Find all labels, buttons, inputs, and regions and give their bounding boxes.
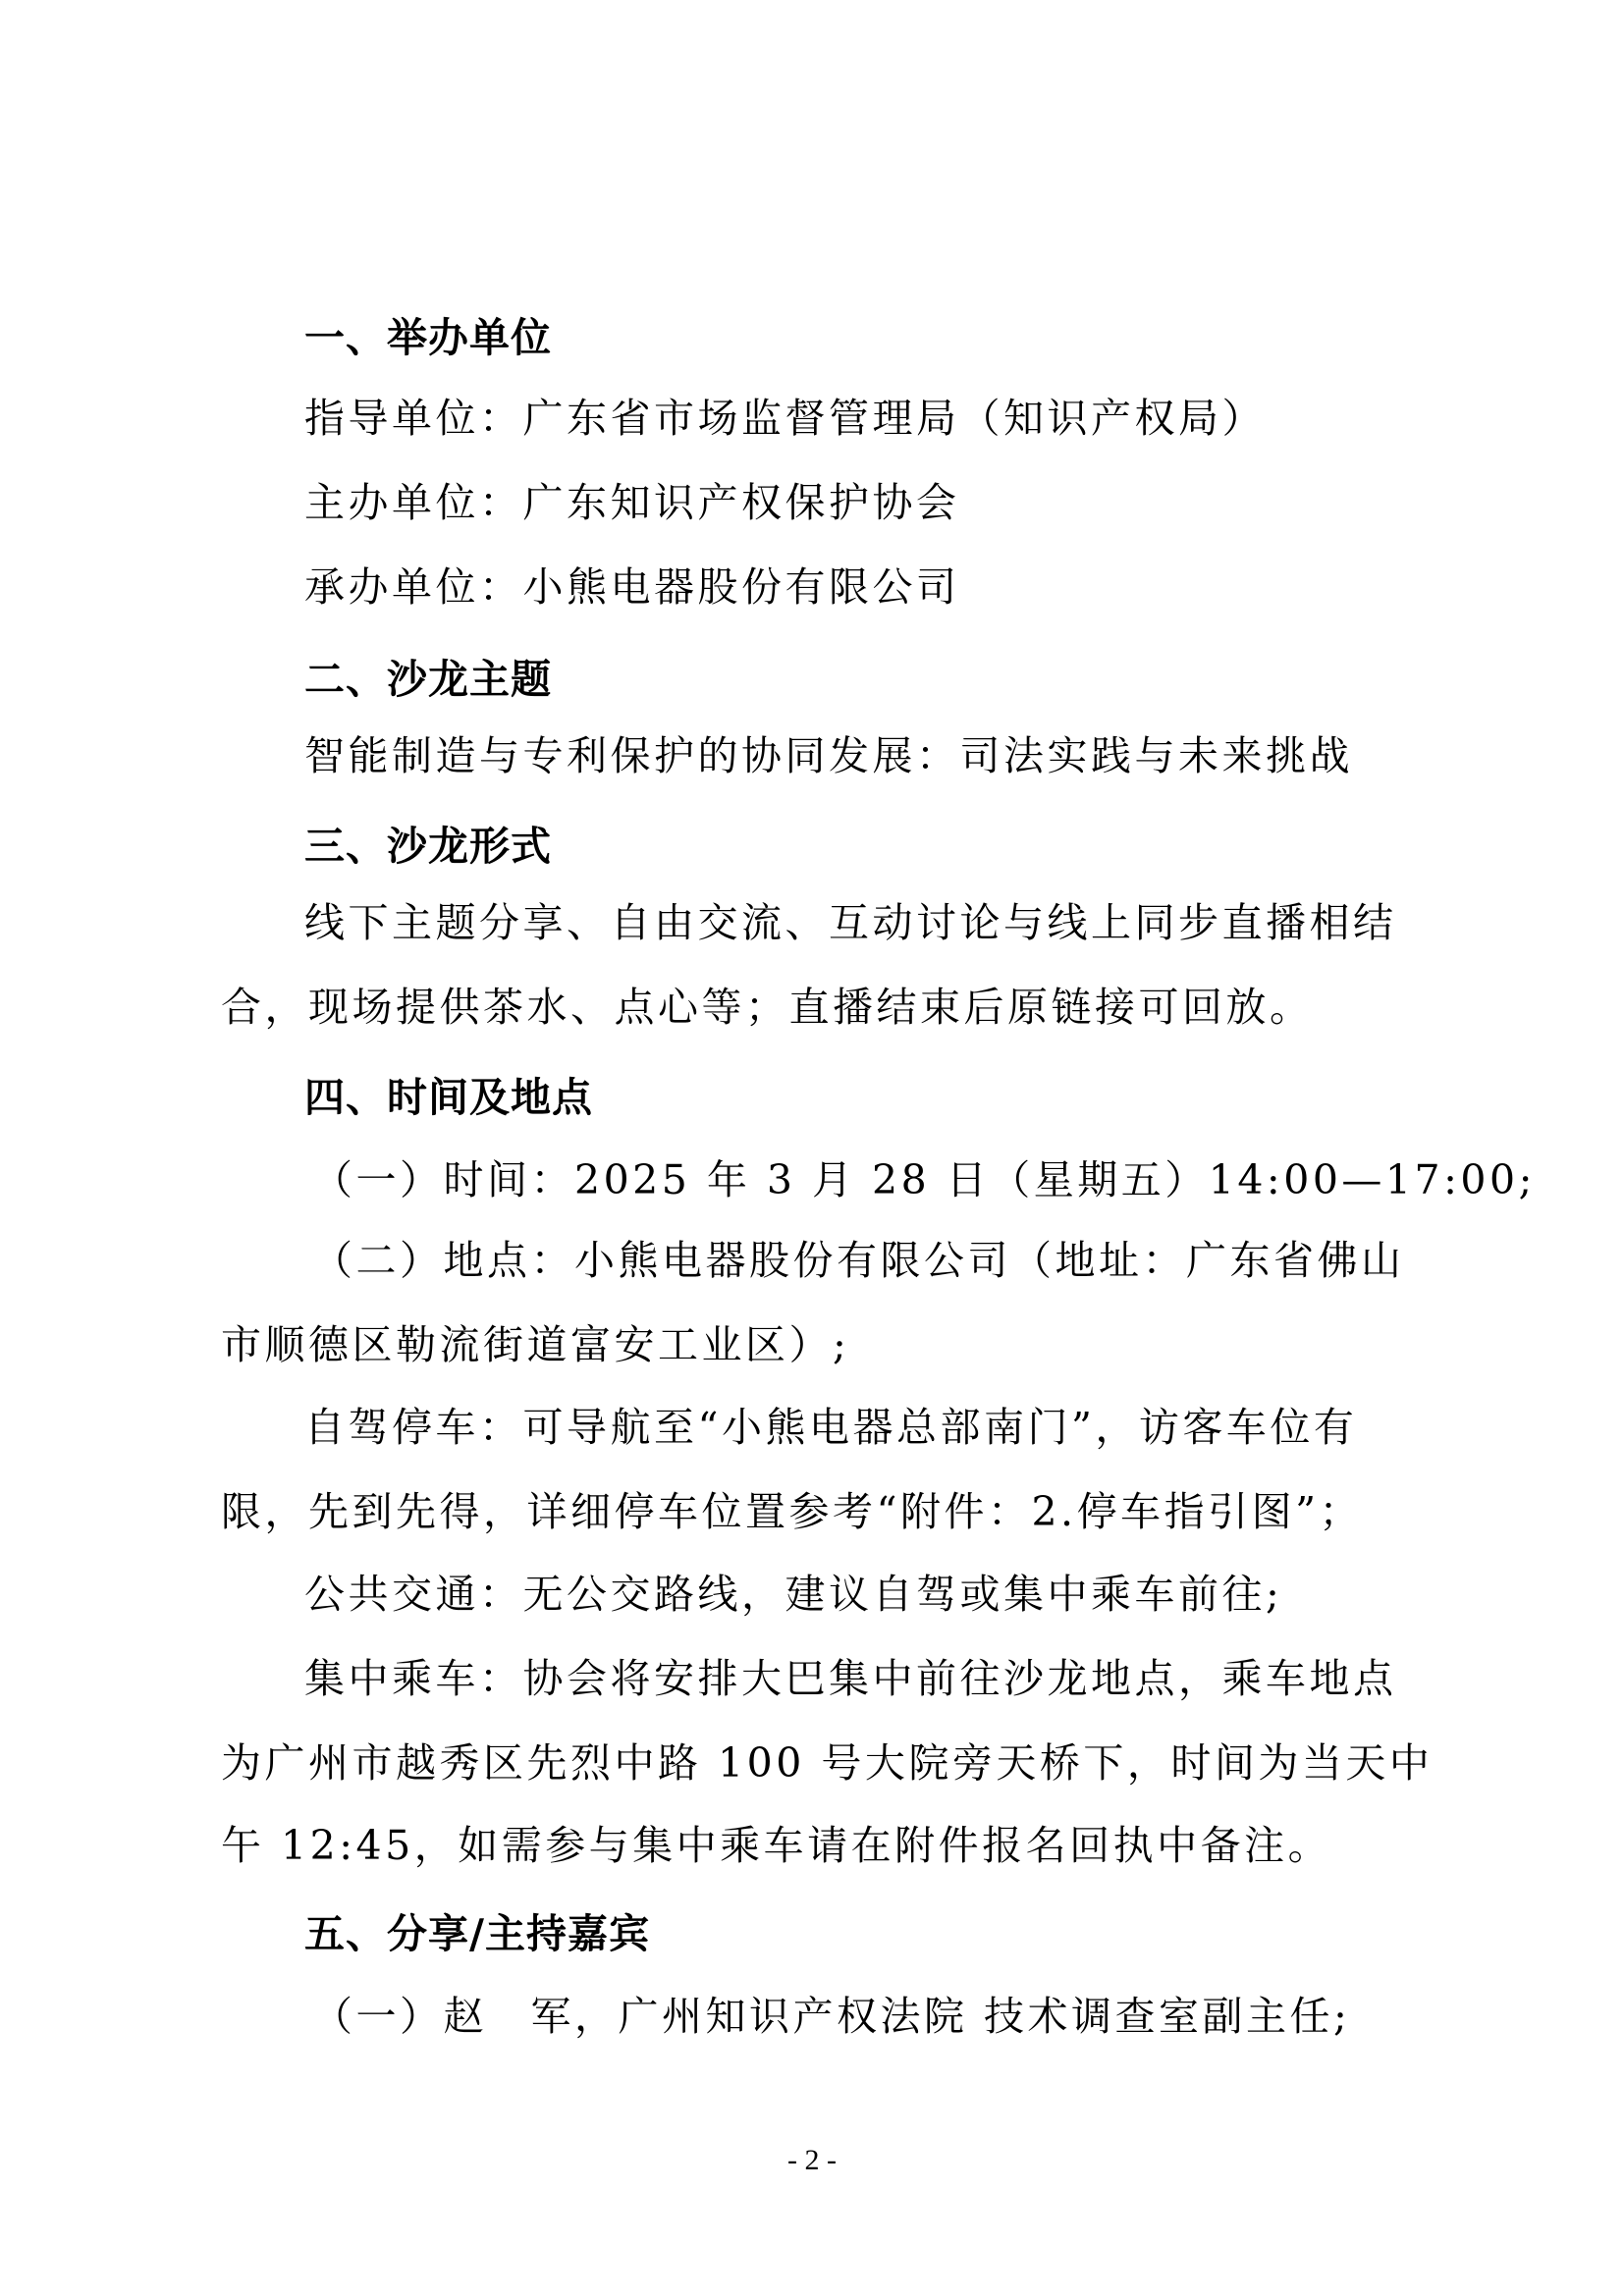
section-heading-guests: 五、分享/主持嘉宾 — [304, 1908, 1492, 1959]
document-page: 一、举办单位 指导单位：广东省市场监督管理局（知识产权局） 主办单位：广东知识产… — [0, 0, 1624, 2296]
host-unit: 主办单位：广东知识产权保护协会 — [304, 477, 1492, 528]
parking-line-1: 自驾停车：可导航至“小熊电器总部南门”，访客车位有 — [304, 1402, 1492, 1453]
event-location-line-2: 市顺德区勒流街道富安工业区）; — [221, 1319, 1409, 1370]
section-heading-organizers: 一、举办单位 — [304, 312, 1492, 363]
section-heading-time-place: 四、时间及地点 — [304, 1072, 1492, 1123]
event-location-line-1: （二）地点：小熊电器股份有限公司（地址：广东省佛山 — [312, 1235, 1500, 1286]
page-number: - 2 - — [0, 2144, 1624, 2177]
section-heading-format: 三、沙龙形式 — [304, 821, 1492, 872]
salon-theme: 智能制造与专利保护的协同发展：司法实践与未来挑战 — [304, 730, 1492, 781]
shuttle-line-1: 集中乘车：协会将安排大巴集中前往沙龙地点，乘车地点 — [304, 1653, 1492, 1704]
format-line-1: 线下主题分享、自由交流、互动讨论与线上同步直播相结 — [304, 897, 1492, 948]
public-transport: 公共交通：无公交路线，建议自驾或集中乘车前往; — [304, 1569, 1492, 1620]
shuttle-line-3: 午 12:45，如需参与集中乘车请在附件报名回执中备注。 — [221, 1820, 1409, 1871]
parking-line-2: 限，先到先得，详细停车位置参考“附件：2.停车指引图”； — [221, 1486, 1409, 1537]
format-line-2: 合，现场提供茶水、点心等；直播结束后原链接可回放。 — [221, 982, 1409, 1033]
section-heading-theme: 二、沙龙主题 — [304, 654, 1492, 705]
organizer-unit: 承办单位：小熊电器股份有限公司 — [304, 561, 1492, 613]
event-time: （一）时间：2025 年 3 月 28 日（星期五）14:00—17:00; — [312, 1154, 1500, 1205]
guiding-unit: 指导单位：广东省市场监督管理局（知识产权局） — [304, 393, 1492, 444]
guest-1: （一）赵 军，广州知识产权法院 技术调查室副主任; — [312, 1991, 1500, 2042]
shuttle-line-2: 为广州市越秀区先烈中路 100 号大院旁天桥下，时间为当天中 — [221, 1737, 1409, 1789]
